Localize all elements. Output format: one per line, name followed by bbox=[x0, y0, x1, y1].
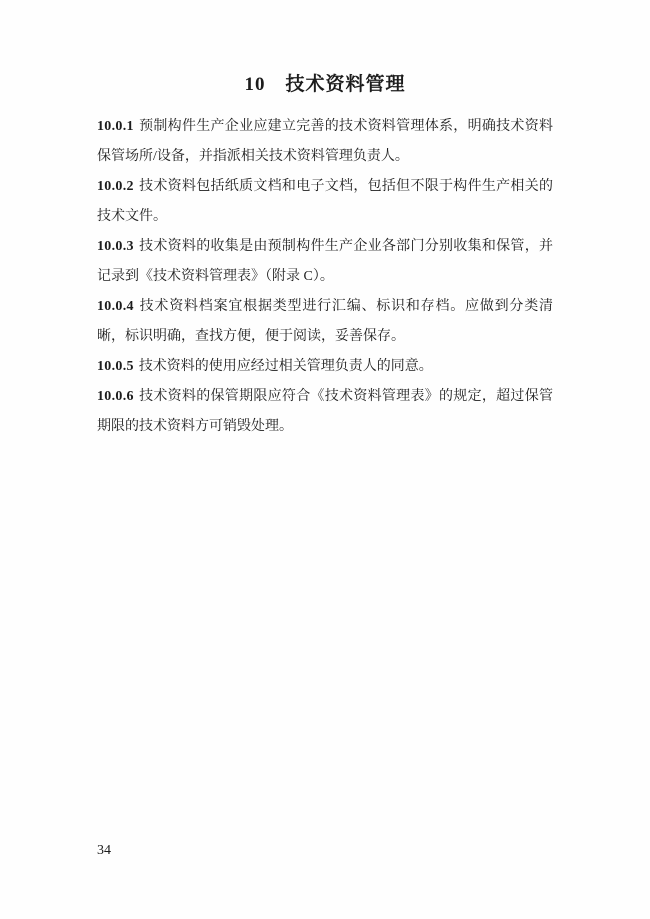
clause-number: 10.0.1 bbox=[97, 119, 139, 134]
clause-number: 10.0.6 bbox=[97, 389, 139, 404]
clause-text: 技术资料的使用应经过相关管理负责人的同意。 bbox=[139, 359, 433, 374]
clause-number: 10.0.2 bbox=[97, 179, 139, 194]
clause-text: 技术资料包括纸质文档和电子文档，包括但不限于构件生产相关的技术文件。 bbox=[97, 179, 553, 224]
clause-number: 10.0.4 bbox=[97, 299, 139, 314]
clause-paragraph: 10.0.5技术资料的使用应经过相关管理负责人的同意。 bbox=[97, 352, 553, 382]
clause-text: 技术资料的保管期限应符合《技术资料管理表》的规定，超过保管期限的技术资料方可销毁… bbox=[97, 389, 553, 434]
page-number: 34 bbox=[97, 841, 111, 861]
clause-text: 预制构件生产企业应建立完善的技术资料管理体系，明确技术资料保管场所/设备，并指派… bbox=[97, 119, 553, 164]
clause-number: 10.0.5 bbox=[97, 359, 139, 374]
clause-number: 10.0.3 bbox=[97, 239, 139, 254]
clause-text: 技术资料的收集是由预制构件生产企业各部门分别收集和保管，并记录到《技术资料管理表… bbox=[97, 239, 553, 284]
document-body: 10.0.1预制构件生产企业应建立完善的技术资料管理体系，明确技术资料保管场所/… bbox=[97, 112, 553, 442]
clause-paragraph: 10.0.1预制构件生产企业应建立完善的技术资料管理体系，明确技术资料保管场所/… bbox=[97, 112, 553, 172]
clause-paragraph: 10.0.3技术资料的收集是由预制构件生产企业各部门分别收集和保管，并记录到《技… bbox=[97, 232, 553, 292]
section-title: 10 技术资料管理 bbox=[0, 0, 650, 98]
clause-paragraph: 10.0.4技术资料档案宜根据类型进行汇编、标识和存档。应做到分类清晰，标识明确… bbox=[97, 292, 553, 352]
document-page: 10 技术资料管理 10.0.1预制构件生产企业应建立完善的技术资料管理体系，明… bbox=[0, 0, 650, 919]
clause-paragraph: 10.0.6技术资料的保管期限应符合《技术资料管理表》的规定，超过保管期限的技术… bbox=[97, 382, 553, 442]
clause-text: 技术资料档案宜根据类型进行汇编、标识和存档。应做到分类清晰，标识明确，查找方便，… bbox=[97, 299, 553, 344]
clause-paragraph: 10.0.2技术资料包括纸质文档和电子文档，包括但不限于构件生产相关的技术文件。 bbox=[97, 172, 553, 232]
